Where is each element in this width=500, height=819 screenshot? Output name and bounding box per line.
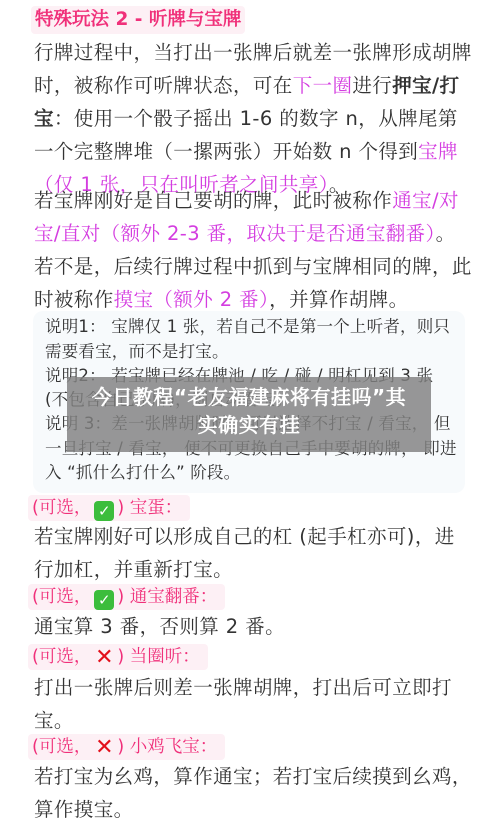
- text: 若宝牌刚好是自己要胡的牌，此时被称作: [34, 189, 392, 212]
- intro-paragraph-1: 行牌过程中，当打出一张牌后就差一张牌形成胡牌时，被称作可听牌状态，可在下一圈进行…: [34, 36, 474, 201]
- tag-label: ) 宝蛋：: [117, 498, 182, 518]
- option-tag-xiaoji-feibao: (可选，✕) 小鸡飞宝：: [28, 734, 225, 760]
- check-icon: ✓: [94, 590, 114, 610]
- check-icon: ✓: [94, 501, 114, 521]
- note-line: 需要看宝，而不是打宝。: [45, 340, 229, 364]
- tag-prefix: (可选，: [32, 498, 91, 518]
- tag-prefix: (可选，: [32, 647, 91, 667]
- note-line: 入 “抓什么打什么” 阶段。: [45, 461, 240, 485]
- option-body: 若打宝为幺鸡，算作通宝；若打宝后续摸到幺鸡，算作摸宝。: [34, 760, 474, 819]
- overlay-line: 实确实有挂: [67, 411, 431, 439]
- intro-paragraph-2: 若宝牌刚好是自己要胡的牌，此时被称作通宝/对宝/直对（额外 2-3 番，取决于是…: [34, 184, 474, 316]
- watermark-overlay: 今日教程“老友福建麻将有挂吗”其 实确实有挂: [67, 377, 431, 452]
- highlight-next-round: 下一圈: [293, 74, 353, 97]
- option-body: 若宝牌刚好可以形成自己的杠 (起手杠亦可)，进行加杠，并重新打宝。: [34, 520, 474, 586]
- cross-icon: ✕: [94, 738, 114, 758]
- tag-label: ) 通宝翻番：: [117, 587, 217, 607]
- note-line: 说明1： 宝牌仅 1 张，若自己不是第一个上听者，则只: [45, 315, 450, 339]
- option-body: 打出一张牌后则差一张牌胡牌，打出后可立即打宝。: [34, 671, 474, 737]
- tag-label: ) 当圈听：: [117, 647, 199, 667]
- cross-icon: ✕: [94, 648, 114, 668]
- option-body: 通宝算 3 番，否则算 2 番。: [34, 610, 474, 643]
- text: 进行: [352, 74, 392, 97]
- section-heading: 特殊玩法 2 - 听牌与宝牌: [31, 6, 245, 34]
- overlay-line: 今日教程“老友福建麻将有挂吗”其: [67, 383, 431, 411]
- option-tag-dangquanting: (可选，✕) 当圈听：: [28, 644, 208, 670]
- text: ，并算作胡牌。: [269, 288, 408, 311]
- tag-label: ) 小鸡飞宝：: [117, 737, 217, 757]
- text: ：使用一个骰子摇出 1-6 的数字 n，从牌尾第一个完整牌堆（一摞两张）开始数 …: [34, 107, 458, 163]
- highlight-mobao: 摸宝（额外 2 番）: [114, 288, 270, 311]
- option-tag-tongbao-fanfan: (可选，✓) 通宝翻番：: [28, 584, 225, 610]
- option-tag-baodan: (可选，✓) 宝蛋：: [28, 495, 190, 521]
- tag-prefix: (可选，: [32, 737, 91, 757]
- tag-prefix: (可选，: [32, 587, 91, 607]
